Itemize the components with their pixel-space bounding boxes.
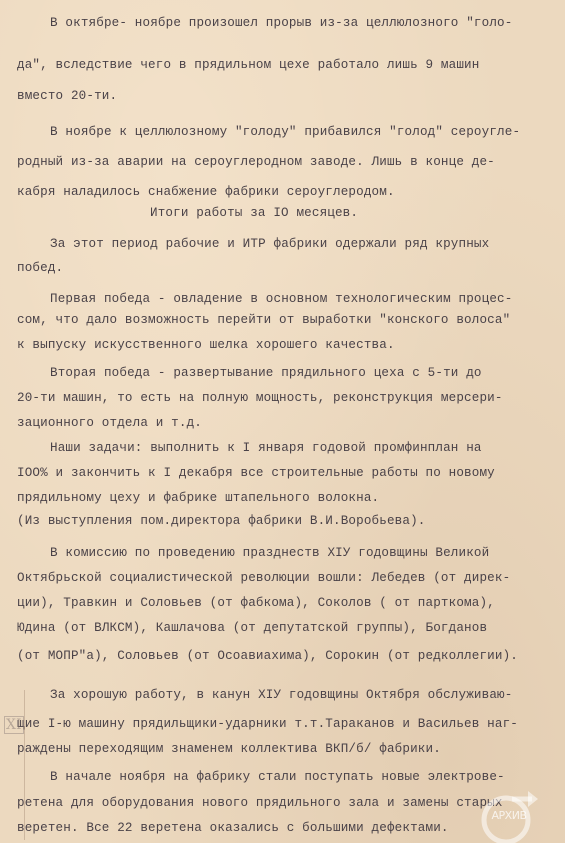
text-line: кабря наладилось снабжение фабрики сероу…: [17, 186, 395, 199]
text-line: щие I-ю машину прядильщики-ударники т.т.…: [17, 718, 518, 731]
text-line: зационного отдела и т.д.: [17, 417, 202, 430]
document-page: В октябре- ноябре произошел прорыв из-за…: [0, 0, 565, 843]
text-line: В комиссию по проведению празднеств XIУ …: [50, 547, 489, 560]
watermark-label: АРХИВ: [484, 809, 534, 822]
text-line: За хорошую работу, в канун XIУ годовщины…: [50, 689, 512, 702]
text-line: Первая победа - овладение в основном тех…: [50, 293, 512, 306]
text-line: побед.: [17, 262, 63, 275]
text-line: В ноябре к целлюлозному "голоду" прибави…: [50, 126, 520, 139]
text-line: Наши задачи: выполнить к I января годово…: [50, 442, 482, 455]
text-line: 20-ти машин, то есть на полную мощность,…: [17, 392, 503, 405]
text-line: веретен. Все 22 веретена оказались с бол…: [17, 822, 449, 835]
text-line: сом, что дало возможность перейти от выр…: [17, 314, 510, 327]
text-line: (от МОПР"а), Соловьев (от Осоавиахима), …: [17, 650, 518, 663]
text-line: ции), Травкин и Соловьев (от фабкома), С…: [17, 597, 495, 610]
text-line: IOO% и закончить к I декабря все строите…: [17, 467, 495, 480]
page-fold-line: [24, 690, 25, 840]
section-heading: Итоги работы за IO месяцев.: [150, 207, 358, 220]
text-line: прядильному цеху и фабрике штапельного в…: [17, 492, 379, 505]
text-line: Октябрьской социалистической революции в…: [17, 572, 510, 585]
text-line: (Из выступления пом.директора фабрики В.…: [17, 515, 426, 528]
margin-mark: XI: [4, 716, 24, 734]
text-line: В октябре- ноябре произошел прорыв из-за…: [50, 17, 512, 30]
text-line: Вторая победа - развертывание прядильног…: [50, 367, 482, 380]
text-line: ретена для оборудования нового прядильно…: [17, 797, 503, 810]
text-line: вместо 20-ти.: [17, 90, 117, 103]
text-line: к выпуску искусственного шелка хорошего …: [17, 339, 395, 352]
text-line: За этот период рабочие и ИТР фабрики оде…: [50, 238, 489, 251]
text-line: В начале ноября на фабрику стали поступа…: [50, 771, 505, 784]
text-line: да", вследствие чего в прядильном цехе р…: [17, 59, 479, 72]
text-line: родный из-за аварии на сероуглеродном за…: [17, 156, 495, 169]
text-line: раждены переходящим знаменем коллектива …: [17, 743, 441, 756]
text-line: Юдина (от ВЛКСМ), Кашлачова (от депутатс…: [17, 622, 487, 635]
